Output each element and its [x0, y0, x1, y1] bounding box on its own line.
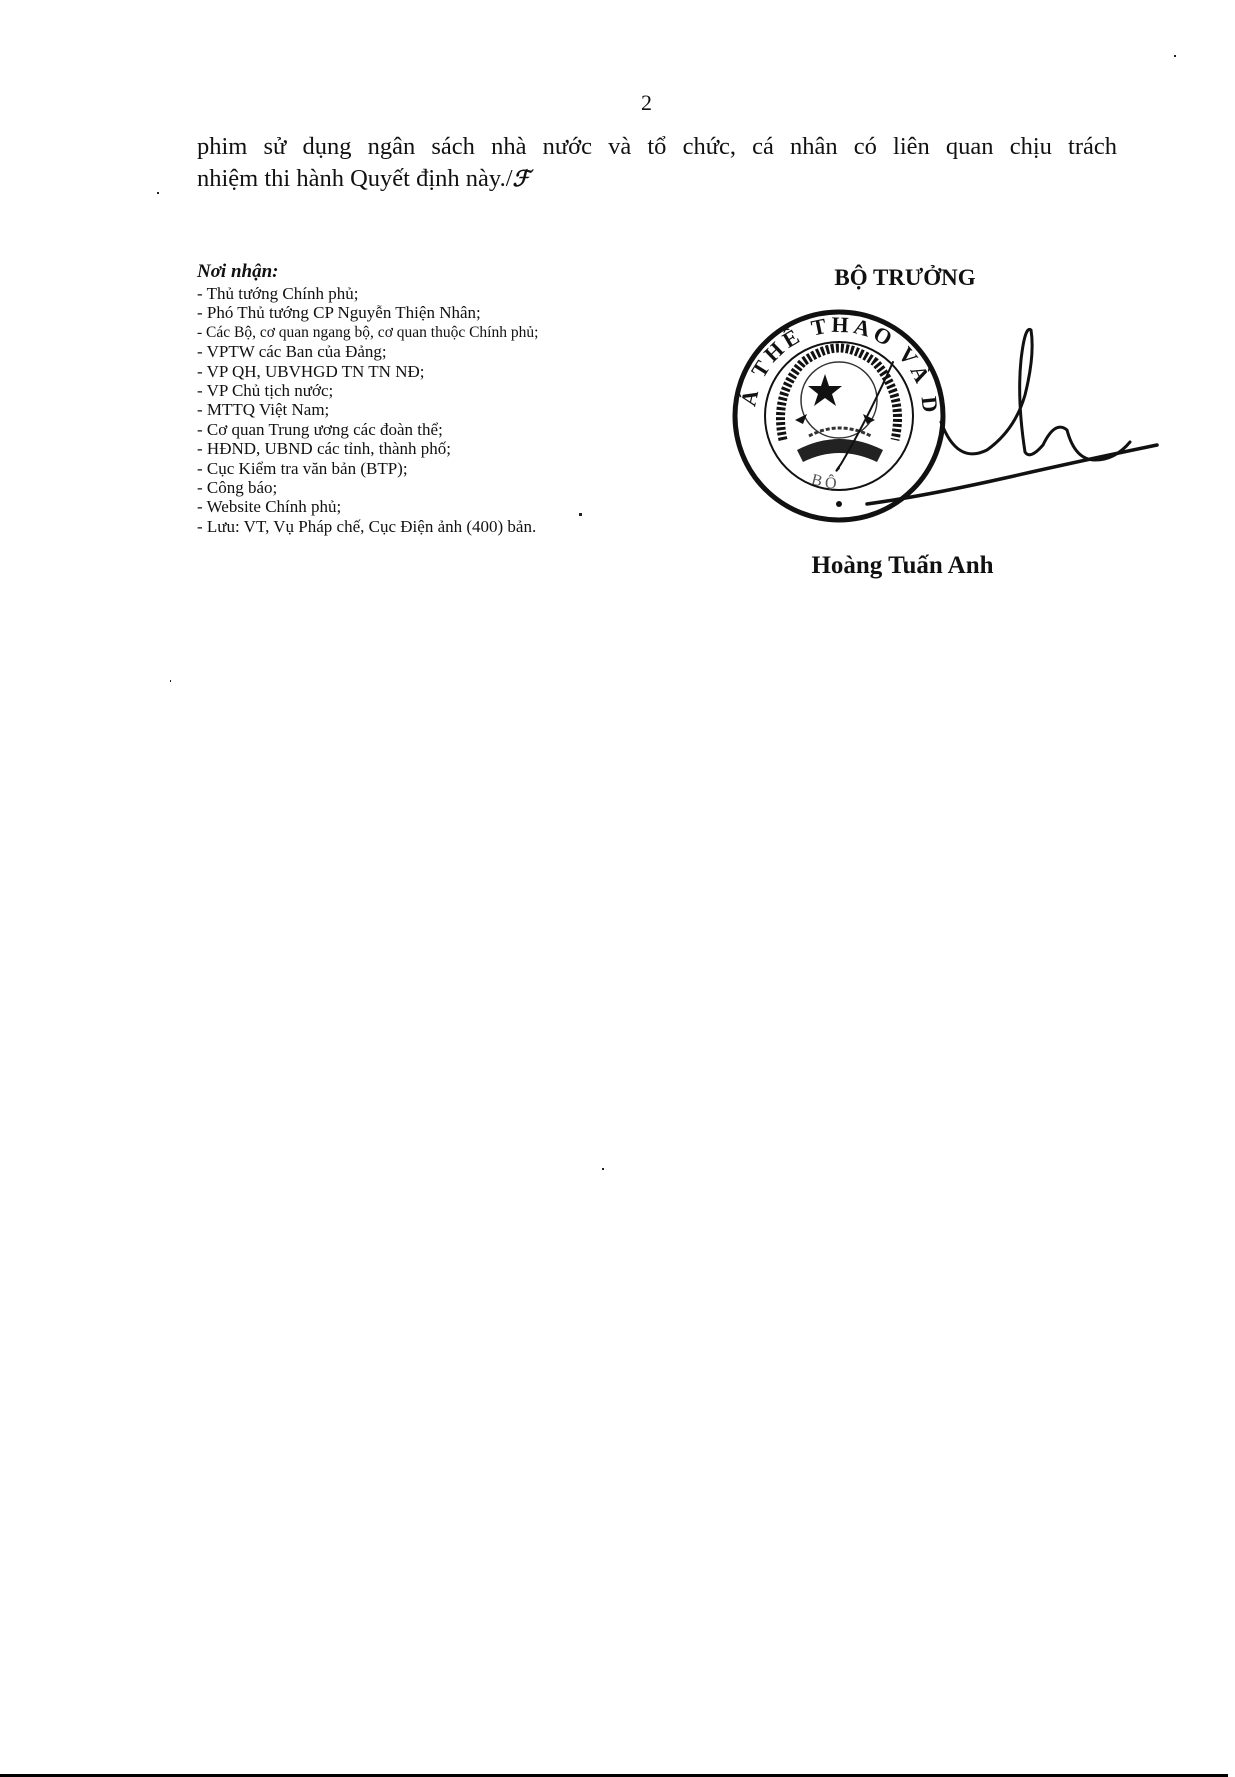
recipient-item: - VPTW các Ban của Đảng;	[197, 342, 677, 361]
recipient-item: - VP Chủ tịch nước;	[197, 381, 677, 400]
recipient-item: - Lưu: VT, Vụ Pháp chế, Cục Điện ảnh (40…	[197, 517, 677, 536]
body-line-2: nhiệm thi hành Quyết định này./ℱ	[197, 163, 1117, 195]
scan-speck	[157, 192, 159, 194]
recipients-title: Nơi nhận:	[197, 261, 677, 283]
recipient-item: - Phó Thủ tướng CP Nguyễn Thiện Nhân;	[197, 303, 677, 322]
body-paragraph: phim sử dụng ngân sách nhà nước và tổ ch…	[197, 131, 1117, 195]
signer-title: BỘ TRƯỞNG	[780, 264, 1030, 292]
scan-speck	[579, 513, 582, 516]
recipient-item: - Website Chính phủ;	[197, 497, 677, 516]
scan-speck	[602, 1168, 604, 1170]
recipient-item: - Cục Kiểm tra văn bản (BTP);	[197, 459, 677, 478]
recipient-item: - Cơ quan Trung ương các đoàn thể;	[197, 420, 677, 439]
recipients-block: Nơi nhận: - Thủ tướng Chính phủ; - Phó T…	[197, 261, 677, 536]
signer-name: Hoàng Tuấn Anh	[770, 550, 1035, 582]
page-number: 2	[0, 90, 1235, 116]
handwritten-signature-icon	[836, 329, 1157, 504]
initial-mark-icon: ℱ	[513, 166, 530, 192]
recipient-item: - Thủ tướng Chính phủ;	[197, 284, 677, 303]
scan-speck	[1174, 55, 1176, 57]
body-line-2-text: nhiệm thi hành Quyết định này./	[197, 165, 513, 192]
national-emblem-icon	[781, 348, 898, 462]
seal-icon: VĂN HOÁ THỂ THAO VÀ DU LỊCH BỘ	[725, 300, 943, 520]
body-line-1: phim sử dụng ngân sách nhà nước và tổ ch…	[197, 131, 1117, 163]
official-seal-and-signature: VĂN HOÁ THỂ THAO VÀ DU LỊCH BỘ	[725, 300, 1175, 540]
recipient-item: - Công báo;	[197, 478, 677, 497]
recipient-item: - HĐND, UBND các tỉnh, thành phố;	[197, 439, 677, 458]
scan-speck	[170, 680, 171, 682]
svg-text:BỘ: BỘ	[809, 471, 841, 493]
recipient-item: - MTTQ Việt Nam;	[197, 400, 677, 419]
recipient-item: - Các Bộ, cơ quan ngang bộ, cơ quan thuộ…	[197, 323, 677, 342]
recipient-item: - VP QH, UBVHGD TN TN NĐ;	[197, 362, 677, 381]
